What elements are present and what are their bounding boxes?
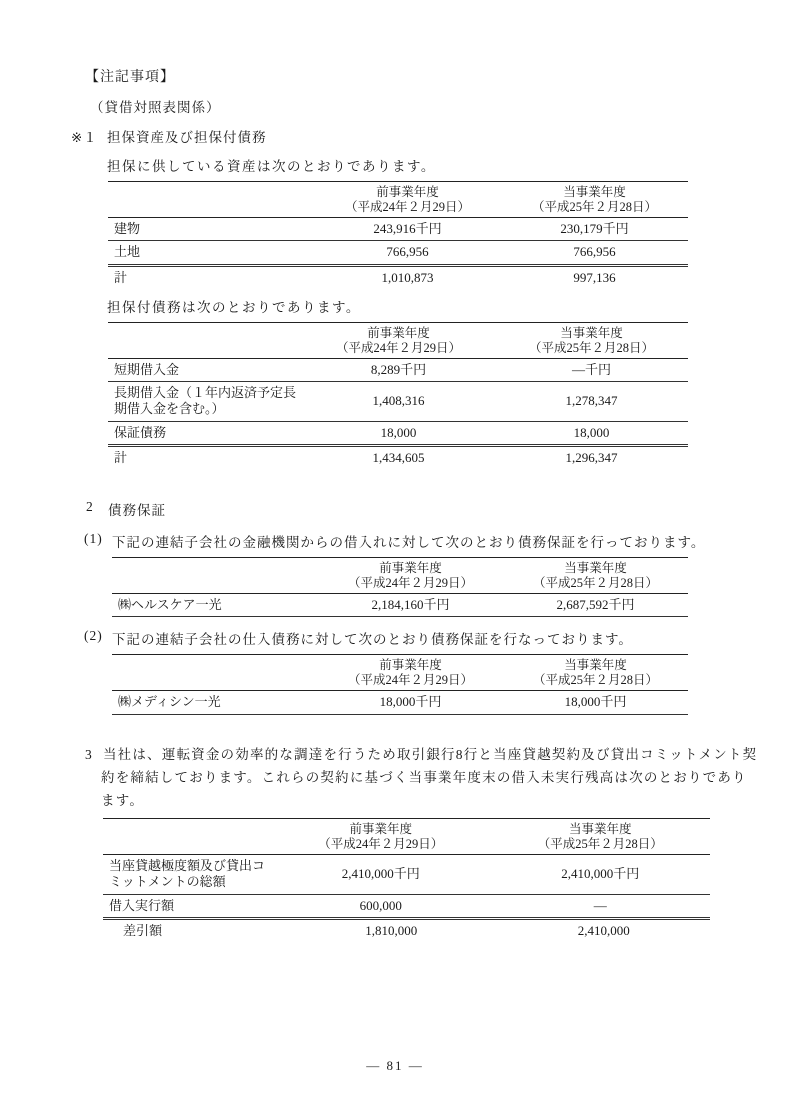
section3-paragraph: 3当社は、運転資金の効率的な調達を行うため取引銀行8行と当座貸越契約及び貸出コミ… xyxy=(85,743,761,813)
table-row: ㈱メディシン一光 18,000千円 18,000千円 xyxy=(112,691,688,714)
curr-year-value: 766,956 xyxy=(501,241,688,263)
prev-year-value: 243,916千円 xyxy=(314,218,501,240)
curr-year-value: 1,296,347 xyxy=(495,447,688,469)
prev-year-value: 1,010,873 xyxy=(314,267,501,289)
header-spacer xyxy=(108,197,314,203)
curr-year-value: 2,410,000 xyxy=(498,920,711,942)
table-row: ㈱ヘルスケア一光 2,184,160千円 2,687,592千円 xyxy=(112,594,688,617)
prev-year-header: 前事業年度 （平成24年２月29日） xyxy=(271,819,491,854)
item2-marker: (2) xyxy=(84,628,112,648)
curr-year-value: 2,410,000千円 xyxy=(491,863,711,885)
row-label: 土地 xyxy=(108,241,314,263)
table-header-row: 前事業年度 （平成24年２月29日） 当事業年度 （平成25年２月28日） xyxy=(112,558,688,594)
header-spacer xyxy=(108,337,302,343)
payables-guarantee-table: 前事業年度 （平成24年２月29日） 当事業年度 （平成25年２月28日） ㈱メ… xyxy=(112,654,688,714)
document-page: 【注記事項】 （貸借対照表関係） ※１ 担保資産及び担保付債務 担保に供している… xyxy=(0,0,790,1118)
row-label: ㈱メディシン一光 xyxy=(112,691,318,713)
curr-year-value: ―千円 xyxy=(495,359,688,381)
prev-year-header: 前事業年度 （平成24年２月29日） xyxy=(318,655,503,690)
page-content: 【注記事項】 （貸借対照表関係） ※１ 担保資産及び担保付債務 担保に供している… xyxy=(0,0,790,942)
row-label: 保証債務 xyxy=(108,422,302,444)
notes-title: 【注記事項】 xyxy=(85,66,790,86)
prev-year-value: 1,434,605 xyxy=(302,447,495,469)
prev-year-value: 18,000 xyxy=(302,422,495,444)
curr-year-header: 当事業年度 （平成25年２月28日） xyxy=(503,655,688,690)
item1-marker: (1) xyxy=(84,531,112,551)
section2-item1: (1) 下記の連結子会社の金融機関からの借入れに対して次のとおり債務保証を行って… xyxy=(84,531,790,551)
row-label: 当座貸越極度額及び貸出コミットメントの総額 xyxy=(103,855,271,894)
header-spacer xyxy=(112,670,318,676)
section1-heading-text: 担保資産及び担保付債務 xyxy=(107,126,267,146)
section2-marker: 2 xyxy=(86,499,108,519)
table-row: 土地 766,956 766,956 xyxy=(108,241,688,263)
table-row: 当座貸越極度額及び貸出コミットメントの総額 2,410,000千円 2,410,… xyxy=(103,855,710,895)
curr-year-value: 2,687,592千円 xyxy=(503,594,688,616)
row-label: ㈱ヘルスケア一光 xyxy=(112,594,318,616)
prev-year-value: 1,810,000 xyxy=(285,920,498,942)
section2-heading-text: 債務保証 xyxy=(108,499,166,519)
row-label: 建物 xyxy=(108,218,314,240)
curr-year-value: 230,179千円 xyxy=(501,218,688,240)
balance-sheet-relation-subtitle: （貸借対照表関係） xyxy=(90,96,790,116)
item2-text: 下記の連結子会社の仕入債務に対して次のとおり債務保証を行なっております。 xyxy=(112,628,633,648)
item1-text: 下記の連結子会社の金融機関からの借入れに対して次のとおり債務保証を行っております… xyxy=(112,531,705,551)
table-header-row: 前事業年度 （平成24年２月29日） 当事業年度 （平成25年２月28日） xyxy=(103,819,710,855)
table-row: 保証債務 18,000 18,000 xyxy=(108,422,688,444)
curr-year-header: 当事業年度 （平成25年２月28日） xyxy=(491,819,711,854)
commitment-line-table: 前事業年度 （平成24年２月29日） 当事業年度 （平成25年２月28日） 当座… xyxy=(103,818,710,942)
secured-debts-intro-text: 担保付債務は次のとおりであります。 xyxy=(107,296,790,316)
row-label: 計 xyxy=(108,267,314,289)
curr-year-value: ― xyxy=(491,895,711,917)
curr-year-header: 当事業年度 （平成25年２月28日） xyxy=(495,323,688,358)
row-label: 長期借入金（１年内返済予定長期借入金を含む。） xyxy=(108,382,302,421)
curr-year-value: 18,000千円 xyxy=(503,691,688,713)
curr-year-value: 1,278,347 xyxy=(495,390,688,412)
prev-year-header: 前事業年度 （平成24年２月29日） xyxy=(302,323,495,358)
row-label: 計 xyxy=(108,447,302,469)
section1-heading: ※１ 担保資産及び担保付債務 xyxy=(71,126,790,146)
prev-year-header: 前事業年度 （平成24年２月29日） xyxy=(318,558,503,593)
curr-year-header: 当事業年度 （平成25年２月28日） xyxy=(501,182,688,217)
section1-marker: ※１ xyxy=(71,126,107,146)
table-total-row: 計 1,010,873 997,136 xyxy=(108,264,688,289)
page-number: ― 81 ― xyxy=(0,1058,790,1074)
secured-debts-table: 前事業年度 （平成24年２月29日） 当事業年度 （平成25年２月28日） 短期… xyxy=(108,322,688,469)
section2-heading: 2 債務保証 xyxy=(86,499,790,519)
prev-year-value: 18,000千円 xyxy=(318,691,503,713)
prev-year-header: 前事業年度 （平成24年２月29日） xyxy=(314,182,501,217)
assets-intro-text: 担保に供している資産は次のとおりであります。 xyxy=(107,155,790,175)
prev-year-value: 600,000 xyxy=(271,895,491,917)
prev-year-value: 1,408,316 xyxy=(302,390,495,412)
section3-marker: 3 xyxy=(85,747,103,762)
prev-year-value: 2,410,000千円 xyxy=(271,863,491,885)
row-label: 短期借入金 xyxy=(108,359,302,381)
header-spacer xyxy=(112,573,318,579)
loan-guarantee-table: 前事業年度 （平成24年２月29日） 当事業年度 （平成25年２月28日） ㈱ヘ… xyxy=(112,557,688,617)
header-spacer xyxy=(103,834,271,840)
prev-year-value: 766,956 xyxy=(314,241,501,263)
table-row: 短期借入金 8,289千円 ―千円 xyxy=(108,359,688,382)
section2-item2: (2) 下記の連結子会社の仕入債務に対して次のとおり債務保証を行なっております。 xyxy=(84,628,790,648)
table-total-row: 計 1,434,605 1,296,347 xyxy=(108,444,688,469)
row-label: 借入実行額 xyxy=(103,895,271,917)
table-row: 借入実行額 600,000 ― xyxy=(103,895,710,917)
curr-year-value: 997,136 xyxy=(501,267,688,289)
row-label: 差引額 xyxy=(103,920,285,942)
prev-year-value: 2,184,160千円 xyxy=(318,594,503,616)
curr-year-value: 18,000 xyxy=(495,422,688,444)
table-header-row: 前事業年度 （平成24年２月29日） 当事業年度 （平成25年２月28日） xyxy=(108,182,688,218)
table-header-row: 前事業年度 （平成24年２月29日） 当事業年度 （平成25年２月28日） xyxy=(108,323,688,359)
table-row: 長期借入金（１年内返済予定長期借入金を含む。） 1,408,316 1,278,… xyxy=(108,382,688,422)
prev-year-value: 8,289千円 xyxy=(302,359,495,381)
table-total-row: 差引額 1,810,000 2,410,000 xyxy=(103,917,710,942)
section3-text: 当社は、運転資金の効率的な調達を行うため取引銀行8行と当座貸越契約及び貸出コミッ… xyxy=(101,747,757,808)
pledged-assets-table: 前事業年度 （平成24年２月29日） 当事業年度 （平成25年２月28日） 建物… xyxy=(108,181,688,289)
table-row: 建物 243,916千円 230,179千円 xyxy=(108,218,688,241)
curr-year-header: 当事業年度 （平成25年２月28日） xyxy=(503,558,688,593)
table-header-row: 前事業年度 （平成24年２月29日） 当事業年度 （平成25年２月28日） xyxy=(112,655,688,691)
